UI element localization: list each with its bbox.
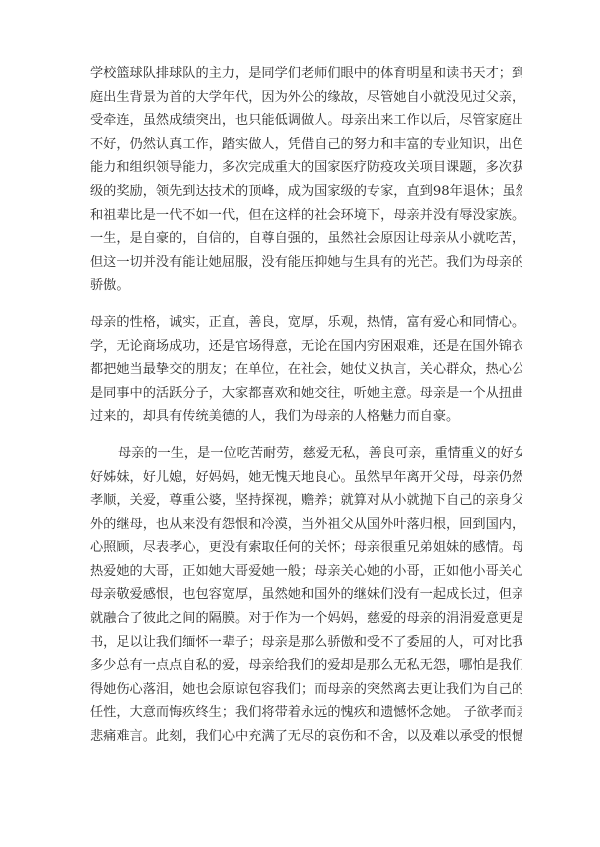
text-line: 过来的，却具有传统美德的人，我们为母亲的人格魅力而自豪。 xyxy=(90,405,522,429)
text-line: 能力和组织领导能力，多次完成重大的国家医疗防疫攻关项目课题，多次获得国家 xyxy=(90,156,522,180)
text-line: 不好，仍然认真工作，踏实做人，凭借自己的努力和丰富的专业知识，出色的社交 xyxy=(90,133,522,157)
paragraph-2: 母亲的性格，诚实，正直，善良，宽厚，乐观，热情，富有爱心和同情心。她的同 学，无… xyxy=(90,311,522,429)
text-line: 庭出生背景为首的大学年代，因为外公的缘故，尽管她自小就没见过父亲，但也大 xyxy=(90,86,522,110)
text-line: 书，足以让我们缅怀一辈子；母亲是那么骄傲和受不了委屈的人，可对比我们对她 xyxy=(90,631,522,655)
text-line: 学，无论商场成功，还是官场得意，无论在国内穷困艰难，还是在国外锦衣玉食， xyxy=(90,335,522,359)
text-line: 骄傲。 xyxy=(90,274,522,298)
text-line: 就融合了彼此之间的隔膜。对于作为一个妈妈，慈爱的母亲的涓涓爱意更是万言难 xyxy=(90,607,522,631)
text-line: 级的奖励，领先到达技术的顶峰，成为国家级的专家，直到98年退休；虽然她说 xyxy=(90,180,522,204)
text-line: 母亲敬爱感恨，也包容宽厚，虽然她和国外的继妹们没有一起成长过，但亲情很快 xyxy=(90,583,522,607)
text-line: 任性，大意而悔疚终生；我们将带着永远的愧疚和遗憾怀念她。 子欲孝而亲不待， xyxy=(90,701,522,725)
text-line: 热爱她的大哥，正如她大哥爱她一般；母亲关心她的小哥，正如他小哥关心她一样； xyxy=(90,560,522,584)
text-line: 好姊妹，好儿媳，好妈妈，她无愧天地良心。虽然早年离开父母，母亲仍然在婚后 xyxy=(90,466,522,490)
text-line: 是同事中的活跃分子，大家都喜欢和她交往，听她主意。母亲是一个从扭曲社会走 xyxy=(90,382,522,406)
document-body: 学校篮球队排球队的主力，是同学们老师们眼中的体育明星和读书天才；到了以家 庭出生… xyxy=(90,62,522,749)
text-line: 心照顾，尽表孝心，更没有索取任何的关怀；母亲很重兄弟姐妹的感情。母亲尊重 xyxy=(90,536,522,560)
text-line: 母亲的一生，是一位吃苦耐劳，慈爱无私，善良可亲，重情重义的好女儿， xyxy=(90,442,522,466)
text-line: 孝顺，关爱，尊重公婆，坚持探视，赡养；就算对从小就抛下自己的亲身父亲及国 xyxy=(90,489,522,513)
document-page: 学校篮球队排球队的主力，是同学们老师们眼中的体育明星和读书天才；到了以家 庭出生… xyxy=(0,0,600,847)
paragraph-gap xyxy=(90,298,522,311)
text-line: 一生，是自豪的，自信的，自尊自强的，虽然社会原因让母亲从小就吃苦，受委屈， xyxy=(90,227,522,251)
paragraph-1: 学校篮球队排球队的主力，是同学们老师们眼中的体育明星和读书天才；到了以家 庭出生… xyxy=(90,62,522,298)
text-line: 悲痛难言。此刻，我们心中充满了无尽的哀伤和不舍，以及难以承受的恨憾！ xyxy=(90,725,522,749)
paragraph-gap xyxy=(90,429,522,442)
text-line: 学校篮球队排球队的主力，是同学们老师们眼中的体育明星和读书天才；到了以家 xyxy=(90,62,522,86)
text-line: 多少总有一点点自私的爱，母亲给我们的爱却是那么无私无怨，哪怕是我们还要气 xyxy=(90,654,522,678)
text-line: 得她伤心落泪，她也会原谅包容我们；而母亲的突然离去更让我们为自己的粗心， xyxy=(90,678,522,702)
paragraph-3: 母亲的一生，是一位吃苦耐劳，慈爱无私，善良可亲，重情重义的好女儿， 好姊妹，好儿… xyxy=(90,442,522,749)
text-line: 受牵连，虽然成绩突出，也只能低调做人。母亲出来工作以后，尽管家庭出身条件 xyxy=(90,109,522,133)
text-line: 外的继母，也从来没有怨恨和冷漠，当外祖父从国外叶落归根，回到国内，也是关 xyxy=(90,513,522,537)
text-line: 母亲的性格，诚实，正直，善良，宽厚，乐观，热情，富有爱心和同情心。她的同 xyxy=(90,311,522,335)
text-line: 都把她当最挚交的朋友；在单位，在社会，她仗义执言，关心群众，热心公益，她 xyxy=(90,358,522,382)
text-line: 但这一切并没有能让她屈服，没有能压抑她与生具有的光芒。我们为母亲的才气而 xyxy=(90,251,522,275)
text-line: 和祖辈比是一代不如一代，但在这样的社会环境下，母亲并没有辱没家族。母亲这 xyxy=(90,204,522,228)
